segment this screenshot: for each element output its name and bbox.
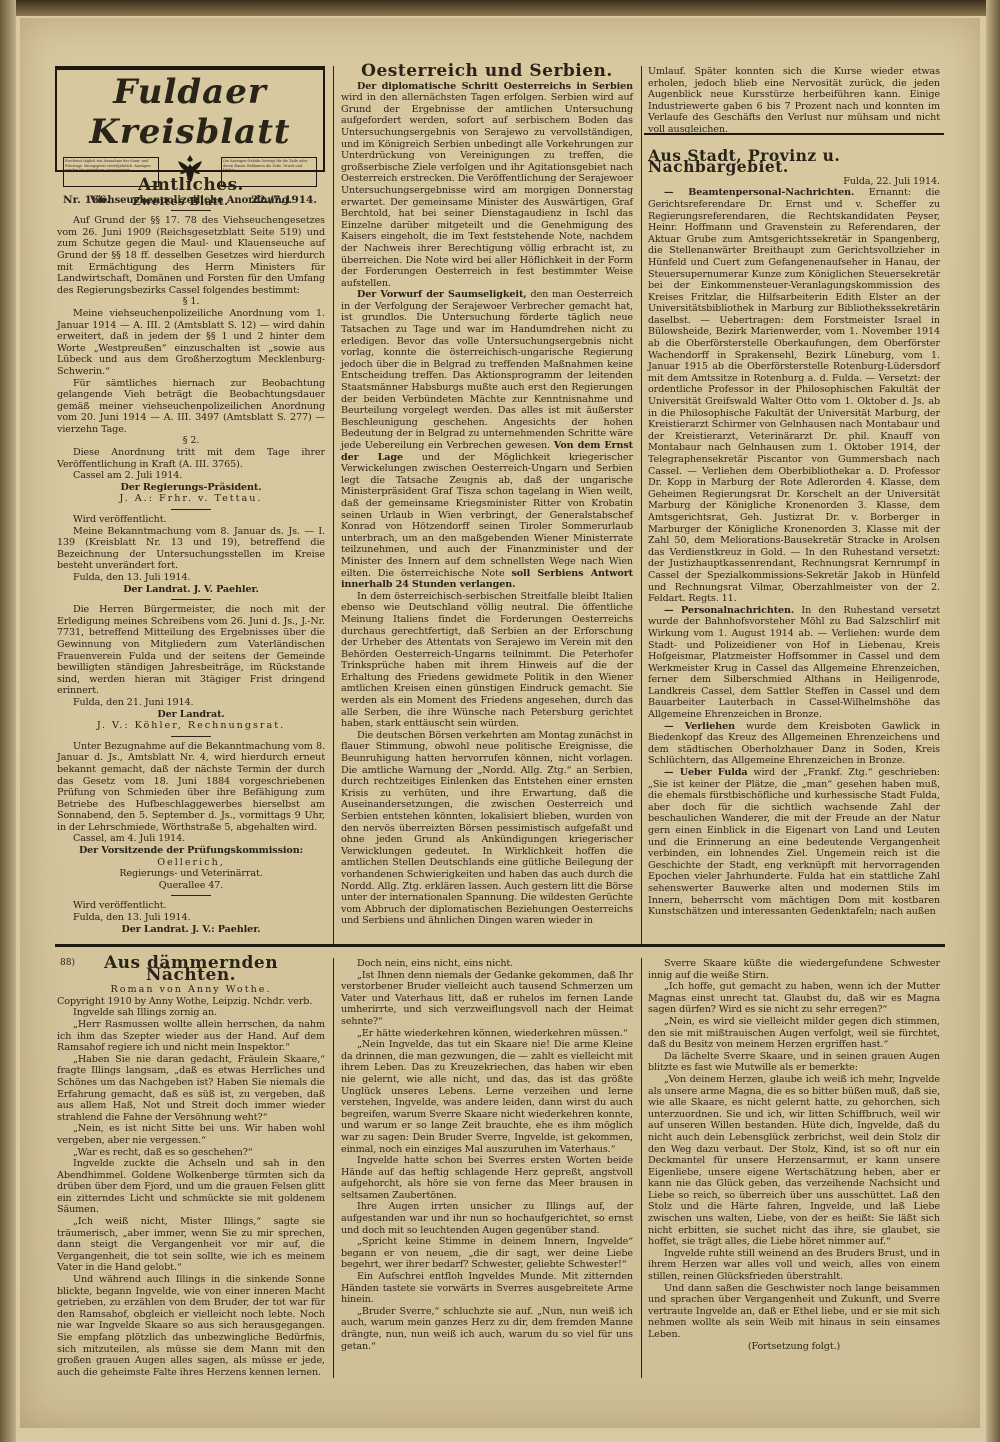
paragraph: Und dann saßen die Geschwister noch lang…	[648, 1283, 940, 1341]
paragraph: — Beamtenpersonal-Nachrichten. Ernannt: …	[648, 187, 940, 604]
signature: Der Landrat. J. V. Paehler.	[57, 584, 325, 596]
paragraph: — Personalnachrichten. In den Ruhestand …	[648, 605, 940, 721]
paragraph-text: wird in den allernächsten Tagen erfolgen…	[341, 92, 633, 289]
paragraph: „War es recht, daß es so geschehen?“	[57, 1147, 325, 1159]
paragraph-text: wird der „Frankf. Ztg.“ geschrieben: „Si…	[648, 767, 940, 917]
lead-in: Der diplomatische Schritt Oesterreichs i…	[357, 81, 633, 92]
paragraph: Cassel, am 4. Juli 1914.	[57, 833, 325, 845]
paragraph: Ingvelde zuckte die Achseln und sah in d…	[57, 1158, 325, 1216]
paragraph: Cassel am 2. Juli 1914.	[57, 470, 325, 482]
signature: Der Regierungs-Präsident.	[57, 482, 325, 494]
paragraph: „Bruder Sverre,“ schluchzte sie auf. „Nu…	[341, 1306, 633, 1352]
paragraph: Diese Anordnung tritt mit dem Tage ihrer…	[57, 447, 325, 470]
amtliches-section: Amtliches. Viehseuchenpolizeiliche Anord…	[57, 180, 325, 935]
paragraph: Fulda, den 21. Juni 1914.	[57, 697, 325, 709]
roman-column-2: Doch nein, eins nicht, eins nicht. „Ist …	[341, 958, 633, 1352]
paragraph: „Spricht keine Stimme in deinem Innern, …	[341, 1236, 633, 1271]
copyright-line: Copyright 1910 by Anny Wothe, Leipzig. N…	[57, 996, 325, 1008]
signature: Regierungs- und Veterinärrat.	[57, 868, 325, 880]
scan-right-edge	[986, 0, 1000, 1442]
paragraph: „Ich hoffe, gut gemacht zu haben, wenn i…	[648, 981, 940, 1016]
paragraph: Für sämtliches hiernach zur Beobachtung …	[57, 378, 325, 436]
paragraph: Ihre Augen irrten unsicher zu Illings au…	[341, 1201, 633, 1236]
paragraph: „Ist Ihnen denn niemals der Gedanke geko…	[341, 970, 633, 1028]
scan-left-edge	[0, 0, 16, 1442]
paragraph: „Nein, es wird sie vielleicht milder geg…	[648, 1016, 940, 1051]
paragraph: Und während auch Illings in die sinkende…	[57, 1274, 325, 1378]
paragraph: Ingvelde ruhte still weinend an des Brud…	[648, 1248, 940, 1283]
scan-top-edge	[0, 0, 1000, 16]
signature: J. V.: Köhler, Rechnungsrat.	[57, 720, 325, 732]
masthead-title: Fuldaer Kreisblatt	[57, 72, 323, 152]
paragraph: Umlauf. Später konnten sich die Kurse wi…	[648, 66, 940, 136]
paragraph: „Ich weiß nicht, Mister Illings,“ sagte …	[57, 1216, 325, 1274]
paragraph-text: den man Oesterreich in der Verfolgung de…	[341, 289, 633, 451]
paragraph: Meine viehseuchenpolizeiliche Anordnung …	[57, 308, 325, 378]
roman-column-3: Sverre Skaare küßte die wiedergefundene …	[648, 958, 940, 1352]
signature: Oellerich,	[57, 857, 325, 869]
oesterreich-article: Oesterreich und Serbien. Der diplomatisc…	[341, 66, 633, 927]
divider	[171, 736, 211, 737]
lead-in: Der Vorwurf der Saumseligkeit,	[357, 289, 527, 300]
paragraph: Wird veröffentlicht.	[57, 900, 325, 912]
divider	[171, 895, 211, 896]
lead-in: — Personalnachrichten.	[664, 605, 794, 616]
section-rule	[55, 944, 945, 947]
roman-column-1: Aus dämmernden Nächten. Roman von Anny W…	[57, 958, 325, 1378]
paragraph: Der Vorwurf der Saumseligkeit, den man O…	[341, 289, 633, 590]
paragraph: Unter Bezugnahme auf die Bekanntmachung …	[57, 741, 325, 834]
divider	[171, 599, 211, 600]
paragraph: Fulda, den 13. Juli 1914.	[57, 572, 325, 584]
oesterreich-heading: Oesterreich und Serbien.	[341, 66, 633, 78]
paragraph: Fulda, den 13. Juli 1914.	[57, 912, 325, 924]
column-divider	[333, 66, 334, 946]
paragraph: Der diplomatische Schritt Oesterreichs i…	[341, 81, 633, 290]
paragraph: „Von deinem Herzen, glaube ich weiß ich …	[648, 1074, 940, 1248]
paragraph: Die deutschen Börsen verkehrten am Monta…	[341, 730, 633, 927]
paragraph: Die Herren Bürgermeister, die noch mit d…	[57, 604, 325, 697]
paragraph: Ein Aufschrei entfloh Ingveldes Munde. M…	[341, 1271, 633, 1306]
paragraph-text: Ernannt: die Gerichtsreferendare Dr. Ern…	[648, 187, 940, 604]
paragraph: „Haben Sie nie daran gedacht, Fräulein S…	[57, 1054, 325, 1124]
paragraph: — Ueber Fulda wird der „Frankf. Ztg.“ ge…	[648, 767, 940, 918]
lead-in: — Verliehen	[664, 721, 735, 732]
paragraph-marker: § 1.	[57, 296, 325, 308]
roman-heading: Aus dämmernden Nächten.	[57, 958, 325, 981]
paragraph: Ingvelde hatte schon bei Sverres ersten …	[341, 1155, 633, 1201]
paragraph: Wird veröffentlicht.	[57, 514, 325, 526]
paragraph: — Verliehen wurde dem Kreisboten Gawlick…	[648, 721, 940, 767]
continued-note: (Fortsetzung folgt.)	[648, 1341, 940, 1353]
signature: Der Landrat. J. V.: Paehler.	[57, 924, 325, 936]
column-divider	[641, 958, 642, 1378]
paragraph: „Nein, es ist nicht Sitte bei uns. Wir h…	[57, 1123, 325, 1146]
signature: Der Landrat.	[57, 709, 325, 721]
paragraph: Meine Bekanntmachung vom 8. Januar ds. J…	[57, 526, 325, 572]
column-divider	[641, 66, 642, 946]
amtliches-heading: Amtliches.	[57, 180, 325, 192]
paragraph: Da lächelte Sverre Skaare, und in seinen…	[648, 1051, 940, 1074]
column-divider	[333, 958, 334, 1378]
divider	[171, 210, 211, 211]
amtliches-subheading: Viehseuchenpolizeiliche Anordnung.	[57, 195, 325, 207]
paragraph-marker: § 2.	[57, 435, 325, 447]
paragraph: „Nein Ingvelde, das tut ein Skaare nie! …	[341, 1039, 633, 1155]
paragraph: „Er hätte wiederkehren können, wiederkeh…	[341, 1028, 633, 1040]
paragraph: In dem österreichisch-serbischen Streitf…	[341, 591, 633, 730]
aus-stadt-column: Umlauf. Später konnten sich die Kurse wi…	[648, 66, 940, 918]
paragraph: Doch nein, eins nicht, eins nicht.	[341, 958, 633, 970]
roman-byline: Roman von Anny Wothe.	[57, 984, 325, 996]
aus-stadt-heading: Aus Stadt, Provinz u. Nachbargebiet.	[648, 150, 940, 173]
signature: J. A.: Frhr. v. Tettau.	[57, 493, 325, 505]
paragraph-text: und der Möglichkeit kriegerischer Verwic…	[341, 452, 633, 579]
paragraph-text: In den Ruhestand versetzt wurde der Bahn…	[648, 605, 940, 720]
paragraph: Sverre Skaare küßte die wiedergefundene …	[648, 958, 940, 981]
masthead: Fuldaer Kreisblatt Erscheint täglich mit…	[55, 66, 325, 172]
paragraph: „Herr Rasmussen wollte allein herrschen,…	[57, 1019, 325, 1054]
paragraph: Ingvelde sah Illings zornig an.	[57, 1007, 325, 1019]
dateline: Fulda, 22. Juli 1914.	[648, 176, 940, 188]
signature: Der Vorsitzende der Prüfungskommission:	[57, 845, 325, 857]
lead-in: — Ueber Fulda	[664, 767, 747, 778]
divider	[171, 509, 211, 510]
paragraph: Auf Grund der §§ 17. 78 des Viehseucheng…	[57, 215, 325, 296]
lead-in: — Beamtenpersonal-Nachrichten.	[664, 187, 854, 198]
signature: Querallee 47.	[57, 880, 325, 892]
